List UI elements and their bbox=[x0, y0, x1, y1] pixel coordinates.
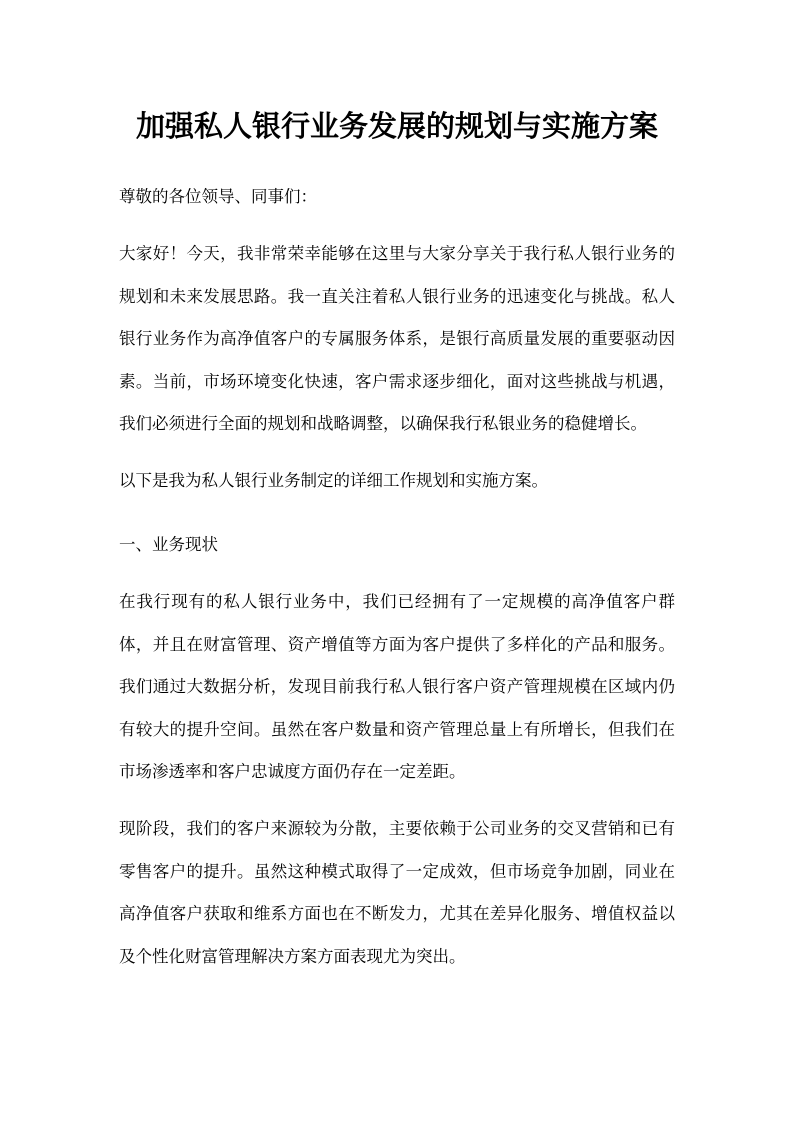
section-paragraph-2: 现阶段，我们的客户来源较为分散，主要依赖于公司业务的交叉营销和已有零售客户的提升… bbox=[119, 808, 675, 978]
intro-paragraph-2: 以下是我为私人银行业务制定的详细工作规划和实施方案。 bbox=[119, 460, 675, 503]
salutation: 尊敬的各位领导、同事们： bbox=[119, 176, 675, 219]
section-paragraph-1: 在我行现有的私人银行业务中，我们已经拥有了一定规模的高净值客户群体，并且在财富管… bbox=[119, 581, 675, 794]
intro-paragraph-1: 大家好！今天，我非常荣幸能够在这里与大家分享关于我行私人银行业务的规划和未来发展… bbox=[119, 233, 675, 446]
document-title: 加强私人银行业务发展的规划与实施方案 bbox=[119, 106, 675, 148]
section-heading-business-status: 一、业务现状 bbox=[119, 524, 675, 567]
document-page: 加强私人银行业务发展的规划与实施方案 尊敬的各位领导、同事们： 大家好！今天，我… bbox=[0, 0, 793, 1122]
